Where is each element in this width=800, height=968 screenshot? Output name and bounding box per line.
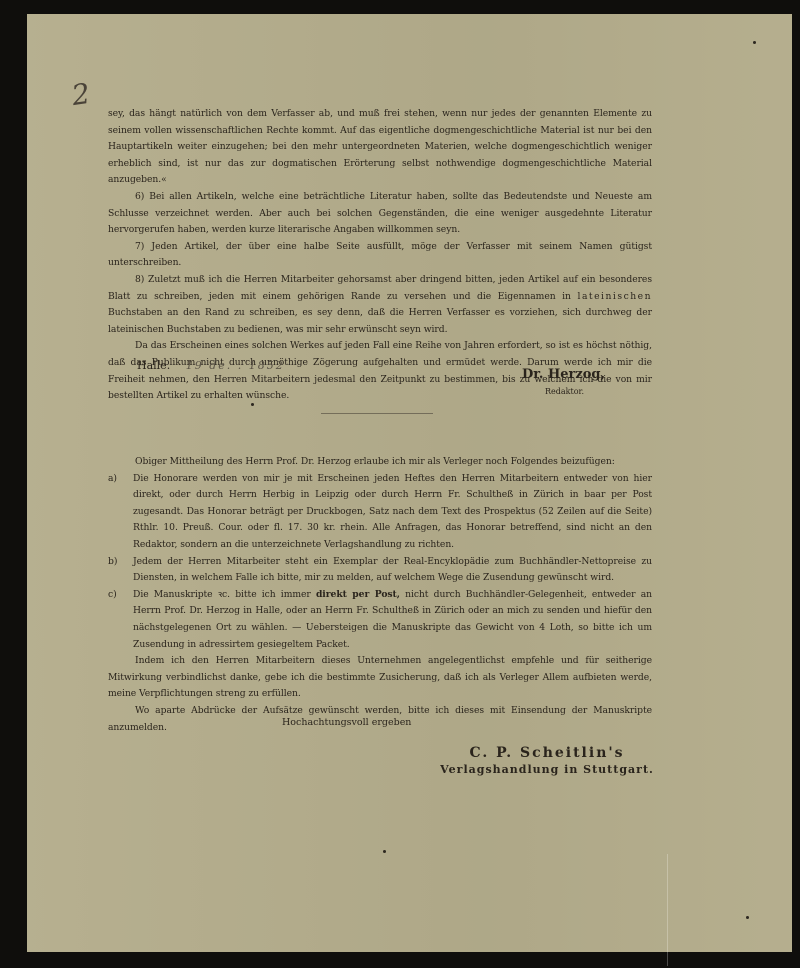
publisher-place: Verlagshandlung in Stuttgart. [427,763,667,776]
publisher-intro: Obiger Mittheilung des Herrn Prof. Dr. H… [108,454,652,471]
publisher-name: C. P. Scheitlin's [427,745,667,761]
list-item-text: Jedem der Herren Mitarbeiter steht ein E… [133,556,652,584]
editor-signature: Dr. Herzog, [522,367,605,382]
list-marker: c) [108,587,117,604]
paper-fold [667,854,668,966]
place-label: Halle. [137,359,170,372]
list-marker: b) [108,554,117,571]
list-item-text: Die Honorare werden von mir je mit Ersch… [133,473,652,550]
list-item-text: Die Manuskripte ꝛc. bitte ich immer [133,589,316,600]
paper-speck [753,41,756,44]
paragraph-point-7: 7) Jeden Artikel, der über eine halbe Se… [108,239,652,272]
publisher-signature: C. P. Scheitlin's Verlagshandlung in Stu… [427,745,667,776]
handwritten-date: 19 de. . 1852 [186,359,285,372]
paragraph-point-8: 8) Zuletzt muß ich die Herren Mitarbeite… [108,272,652,338]
thanks-paragraph: Indem ich den Herren Mitarbeitern dieses… [108,653,652,703]
paragraph-point-6: 6) Bei allen Artikeln, welche eine beträ… [108,189,652,239]
list-marker: a) [108,471,117,488]
document-page: 2 sey, das hängt natürlich von dem Verfa… [27,14,792,952]
list-item-c: c) Die Manuskripte ꝛc. bitte ich immer d… [108,587,652,653]
point-8-spaced-word: lateinischen [578,291,652,302]
publisher-section: Obiger Mittheilung des Herrn Prof. Dr. H… [108,454,652,736]
paper-speck [251,403,254,406]
list-item-a: a) Die Honorare werden von mir je mit Er… [108,471,652,554]
point-8-text-b: Buchstaben an den Rand zu schreiben, es … [108,307,652,335]
closing-salutation: Hochachtungsvoll ergeben [282,717,411,728]
paper-speck [383,850,386,853]
point-8-text-a: 8) Zuletzt muß ich die Herren Mitarbeite… [108,274,652,302]
emphasis-text: direkt per Post, [316,589,400,600]
handwritten-page-number: 2 [70,77,92,112]
list-item-b: b) Jedem der Herren Mitarbeiter steht ei… [108,554,652,587]
section-divider [321,413,433,414]
editor-title: Redaktor. [545,387,584,396]
dateline: Halle. 19 de. . 1852 [137,359,285,372]
paper-speck [746,916,749,919]
paragraph-continuation: sey, das hängt natürlich von dem Verfass… [108,106,652,189]
